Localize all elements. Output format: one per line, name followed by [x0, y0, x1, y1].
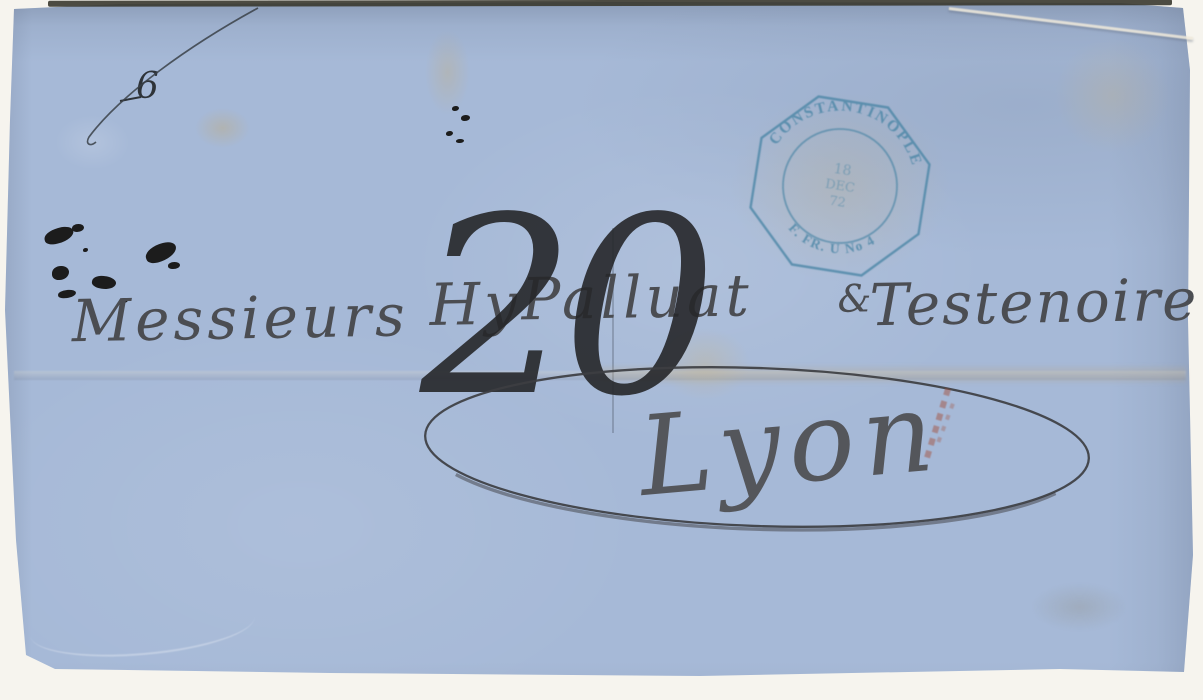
- pen-flourish-line: [88, 8, 258, 144]
- postmark-date-day: 18: [832, 161, 852, 180]
- addressee-surname2: Testenoire: [869, 266, 1199, 340]
- postmark-date-month: DEC: [824, 177, 856, 196]
- destination-name: Lyon: [632, 367, 946, 521]
- constantinople-octagon-datestamp: CONSTANTINOPLE F. FR. U No 4 18 DEC 72: [743, 85, 938, 283]
- postmark-route-text: F. FR. U No 4: [783, 219, 880, 263]
- postal-cover-scan: CONSTANTINOPLE F. FR. U No 4 18 DEC 72 6…: [0, 0, 1203, 700]
- salutation: Messieurs: [70, 281, 409, 355]
- postmark-date-year: 72: [828, 194, 847, 211]
- postmark-route-arc: F. FR. U No 4: [783, 219, 880, 263]
- postmark-date-block: 18 DEC 72: [821, 160, 858, 212]
- ink-overlay: CONSTANTINOPLE F. FR. U No 4 18 DEC 72 6…: [0, 0, 1203, 700]
- pencil-squiggle-group: 6: [88, 8, 258, 144]
